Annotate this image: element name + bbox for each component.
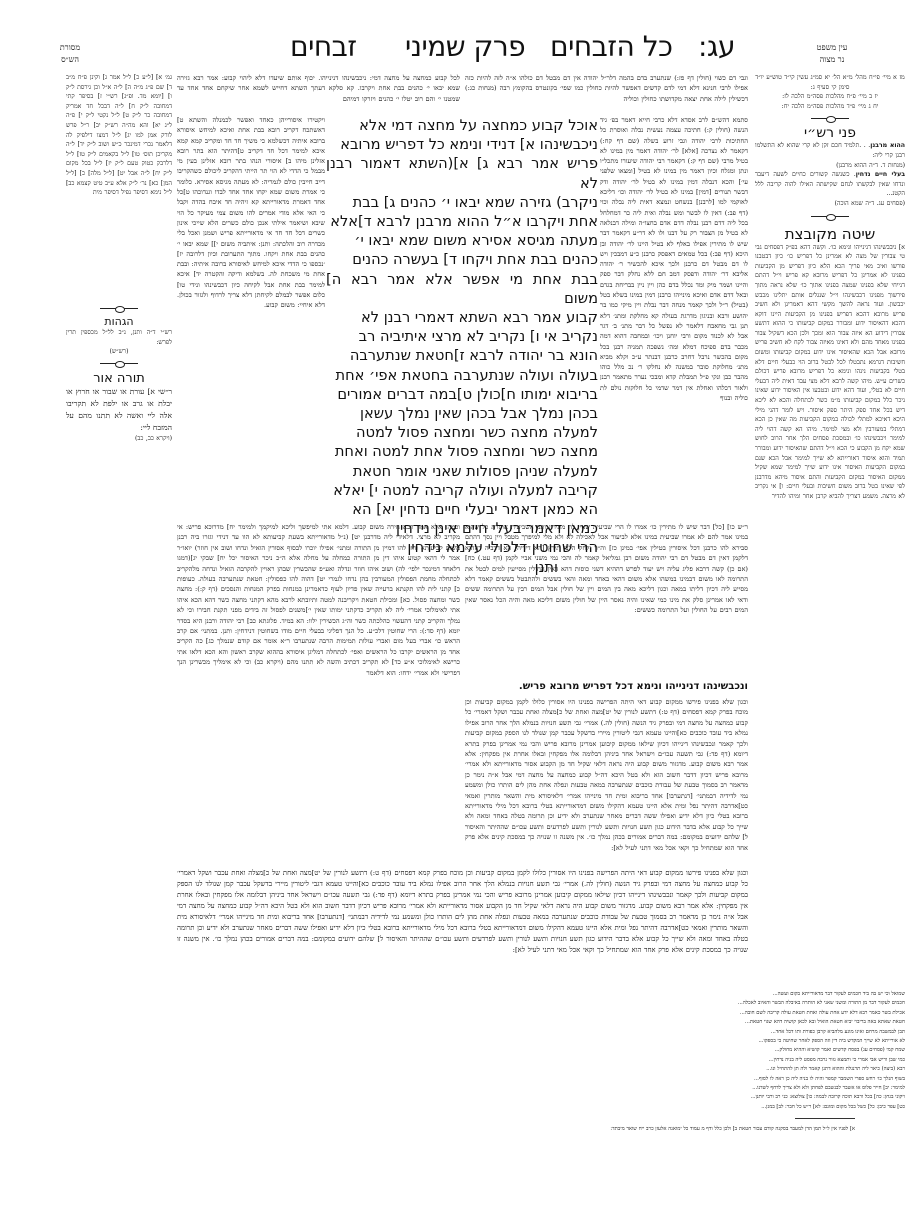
ner-mitzvah-label: נר מצוה bbox=[762, 54, 902, 66]
gemara-line: מחצה כשר ומחצה פסול אחת למטה ואחת bbox=[326, 442, 598, 461]
gemara-line: הונא בר יהודה לרבא ז]חטאת שנתערבה bbox=[326, 346, 598, 365]
footnote-rule bbox=[795, 1118, 855, 1119]
gemara-text-block: אוכל קבוע כמחצה על מחצה דמי אלא ניכבשינה… bbox=[326, 116, 598, 577]
tosafot-column-right: סתמא דהש״ם לרב אסדא דלא כרבי חייא דאמר ב… bbox=[600, 115, 748, 520]
shita-bottom-line: שמח קמי (פסחים עג) בפסח קדשים ואמר קושיא… bbox=[95, 1046, 905, 1055]
page-number: עג: bbox=[698, 30, 735, 63]
ein-mishpat-entry: מז א מיי׳ פי״ח מהל׳ מ״א הל׳ יא סמ״ג עשין… bbox=[755, 73, 905, 92]
gemara-line: בבת אחת מי אפשר אלא אמר רבא ה] משום bbox=[326, 270, 598, 308]
gemara-line: כהנים בבת אחת ויקחו ד] בעשרה כהנים bbox=[326, 250, 598, 269]
gemara-line: קבוע אמר רבא השתא דאמרי רבנן לא bbox=[326, 308, 598, 327]
tosafot-lower: וכגון שלא בפנינו פירשו ממקום קבוע דאי הי… bbox=[465, 697, 748, 865]
shita-bottom-line: תבן לבמשבה מרחם ואינו מונע מלהביא קרבן כ… bbox=[95, 1028, 905, 1037]
gemara-line: ותנן bbox=[326, 558, 598, 577]
shita-bottom-line: כמי שבן וריש אבי אמרי כי ותמצא גזור נרבה… bbox=[95, 1056, 905, 1065]
ein-mishpat-entries: מז א מיי׳ פי״ח מהל׳ מ״א הל׳ יא סמ״ג עשין… bbox=[755, 73, 905, 111]
left-margin-column: גמ׳ א] [ל״ע כ] ל״ל אמר ג] וקינן פ״ח מ״ב … bbox=[66, 73, 172, 443]
shita-bottom-line: חטאת שאתא באה בריבוי יביא חטאת הואיל ובא… bbox=[95, 1018, 905, 1027]
torah-ohr-ref: (ויקרא כב, כב) bbox=[66, 434, 172, 444]
footnote: א] לפניו אין ל״ל תמן הדן למעבר בסקנה קוד… bbox=[300, 1125, 855, 1133]
tosafot-intro: וגבי דם כשוי (חולין דף פז:) שנתערב בדם ב… bbox=[465, 73, 748, 104]
gemara-line: בכהן נמלך אבל בכהן שאין נמלך עשאן bbox=[326, 404, 598, 423]
penei-rashi-lemma: בעלי חיים נדחין bbox=[856, 171, 905, 178]
gemara-line: קריבה למעלה ועולה קריבה למטה י] יאלא bbox=[326, 481, 598, 500]
torah-ohr-body: ר״שי א] עורת או שבור או חרוץ או יבלת או … bbox=[66, 386, 172, 434]
penei-rashi-ref: (מנחות ד. ד״ה ההוא מרבנן) bbox=[755, 161, 905, 171]
shita-mekubetzet-bottom: שמואל וכי יש בה ביד חכמים לעקור דבר מדאו… bbox=[95, 990, 905, 1112]
penei-rashi-ref: (פסחים עג. ד״ה שמא הוכה) bbox=[755, 199, 905, 209]
tosafot-lower-wide: וכגון שלא בפנינו פירשו ממקום קבוע דאי הי… bbox=[177, 868, 748, 980]
shita-bottom-line: לא אורייתא לא שייך המקדש ביה דין וזה הספ… bbox=[95, 1037, 905, 1046]
ein-mishpat-entry: יח ג מיי׳ פ״ד מהלכות פסה״מ הלכה יח: bbox=[755, 102, 905, 112]
ornament-divider bbox=[755, 214, 905, 220]
tosafot-lower-text: וכגון שלא בפנינו פירשו ממקום קבוע דאי הי… bbox=[177, 869, 748, 954]
ornament-divider bbox=[66, 361, 172, 367]
rashi-upper: לכל קבוע כמחצה על מחצה דמי: ניכבשינהו דנ… bbox=[177, 73, 460, 104]
tosafot-dibur-hamatchil: ונכבשינהו דנינייהו ונימא דכל דפריש מרובא… bbox=[465, 680, 748, 694]
chapter-number: פרק שמיני bbox=[405, 30, 525, 63]
shita-bottom-line: חכמים לעקור דבר מן התורה ומשני שאני לא ה… bbox=[95, 999, 905, 1008]
shita-bottom-line: שמואל וכי יש בה ביד חכמים לעקור דבר מדאו… bbox=[95, 990, 905, 999]
hagahot-ref: (רש״ש) bbox=[66, 347, 172, 357]
torah-ohr-title: תורה אור bbox=[66, 371, 172, 386]
gemara-line: הרי שחוטין דלכולי עלמא נידחין bbox=[326, 538, 598, 557]
ornament-divider bbox=[66, 305, 172, 311]
ein-mishpat-heading: עין משפט נר מצוה bbox=[762, 42, 902, 66]
shita-bottom-line: בשוף הנלך כו׳ רחש ספרי השמבר קמפר והיה ל… bbox=[95, 1075, 905, 1084]
right-margin-column: מז א מיי׳ פי״ח מהל׳ מ״א הל׳ יא סמ״ג עשין… bbox=[755, 73, 905, 933]
gemara-line: אחת ויקרבו א״ל ההוא מרבנן לרבא ד]אלא bbox=[326, 212, 598, 231]
chapter-title: כל הזבחים bbox=[550, 30, 672, 63]
shita-bottom-line: כט] עפר כיבן: כל] כשל בכל מקום ומונם: לא… bbox=[95, 1103, 905, 1112]
gemara-line: פריש אמר רבא ג] א](השתא דאמור רבנן לא bbox=[326, 154, 598, 192]
shita-mekubetzet-body: א] ניבבשינהו דנינייהו ונימא כו׳. וקשה דה… bbox=[755, 243, 905, 933]
shita-bottom-line: ויקוני בגחן: כה] בכל ורבא תוכה קרובה לבמ… bbox=[95, 1093, 905, 1102]
shita-bottom-line: אכילת בשר כאמר רבא דלא ידע אחת עולה ואחת… bbox=[95, 1009, 905, 1018]
penei-rashi-title: פני רש״י bbox=[755, 125, 905, 141]
hagahot-title: הגהות bbox=[66, 315, 172, 328]
masoret-label: מסורת bbox=[40, 42, 100, 54]
penei-rashi-lemma: ההוא מרבנן bbox=[870, 142, 905, 149]
hashas-label: הש״ס bbox=[40, 54, 100, 66]
gemara-line: למעלה מחצה כשר ומחצה פסול למטה bbox=[326, 423, 598, 442]
penei-rashi-body: ההוא מרבנן. . .תלמיד חכם זקן לא קרי שהוא… bbox=[755, 141, 905, 208]
ornament-divider bbox=[755, 115, 905, 121]
gemara-line: בעולה ועולה שנתערבה בחטאת אפי׳ אחת bbox=[326, 366, 598, 385]
hagahot-body: רש״י ד״ה ותנן, נ״ב לל״ל מכספין תרין לפרש… bbox=[66, 328, 172, 347]
masoret-hashas-heading: מסורת הש״ס bbox=[40, 42, 100, 66]
tractate-title: זבחים bbox=[290, 30, 357, 63]
gemara-line: ניקרב) גזירה שמא יבאו י׳ כהנים ג] בבת bbox=[326, 193, 598, 212]
ein-mishpat-entry: יז ב מיי׳ פ״ח מהלכות פסה״מ הלכה לז: bbox=[755, 92, 905, 102]
gemara-line: בריבוא ימותו ח]כולן ט]במה דברים אמורים bbox=[326, 385, 598, 404]
gemara-line: הא כמאן דאמר יבעלי חיים נדחין יא] הא bbox=[326, 500, 598, 519]
gemara-line: נקריב אי ו] נקריב לא מרצי איתיביה רב bbox=[326, 327, 598, 346]
gemara-line: ניכבשינהו א] דנידי ונימא כל דפריש מרובא bbox=[326, 135, 598, 154]
shita-bottom-line: למימר: יב] חייר פלוס או אשבר לבנשבם לפחת… bbox=[95, 1084, 905, 1093]
shita-mekubetzet-title: שיטה מקובצת bbox=[755, 225, 905, 243]
gemara-line: מעתה מגיסא אסירא משום שמא יבאו י׳ bbox=[326, 231, 598, 250]
gemara-line: כמאן דאמר בעלי חיים אינן נידחין bbox=[326, 519, 598, 538]
shita-bottom-line: רבא (ביצה) כיאר ליה תרנגלת וההוא דתנן קא… bbox=[95, 1065, 905, 1074]
gemara-line: למעלה שניהן פסולות שאני אומר חטאת bbox=[326, 462, 598, 481]
ein-mishpat-label: עין משפט bbox=[762, 42, 902, 54]
masoret-hashas-body: גמ׳ א] [ל״ע כ] ל״ל אמר ג] וקינן פ״ח מ״ב … bbox=[66, 73, 172, 301]
rashi-column: ויקטירו איסורייהן כאחד ואפשר לכמנלה והשת… bbox=[177, 115, 325, 520]
gemara-line: אוכל קבוע כמחצה על מחצה דמי אלא bbox=[326, 116, 598, 135]
